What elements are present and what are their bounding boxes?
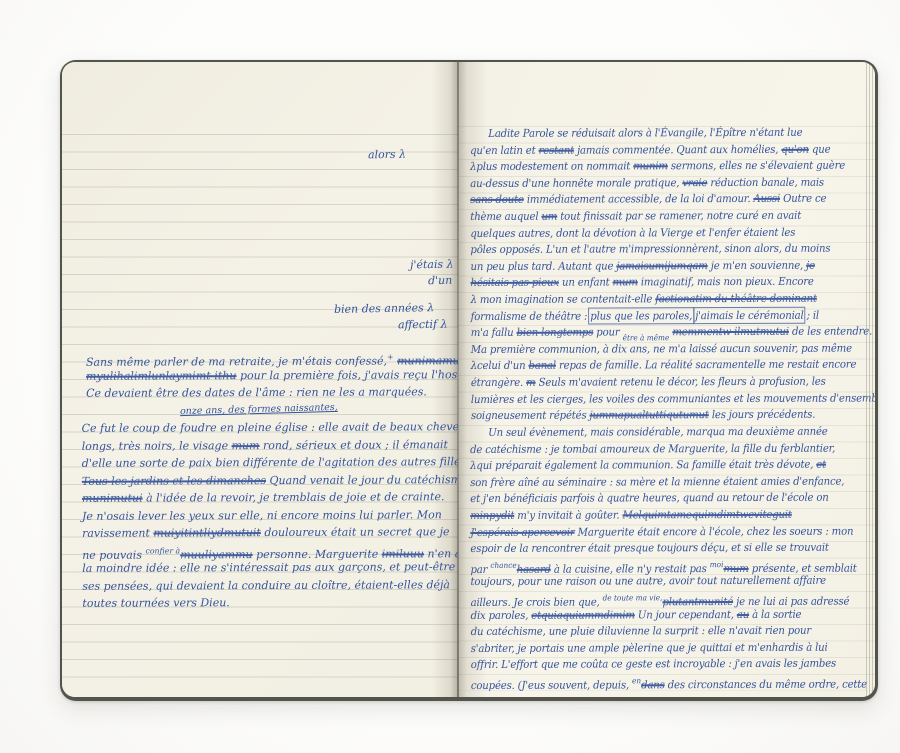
handwriting-strike: dans — [641, 678, 665, 691]
handwriting-strike: muuliyammu — [180, 548, 252, 561]
handwritten-line: s'abriter, je portais une ample pèlerine… — [471, 639, 866, 657]
handwriting-caret: λ — [470, 459, 476, 472]
handwritten-line: étrangère. m Seuls m'avaient retenu le d… — [471, 373, 866, 391]
handwriting-text: un peu plus tard. Autant que — [470, 259, 616, 273]
handwriting-text: Un jour cependant, — [635, 608, 737, 621]
handwriting-text: thème auquel — [470, 210, 541, 223]
handwriting-text: dix paroles, — [471, 608, 532, 621]
handwritten-line: soigneusement répétés jummapualtuttiqutu… — [471, 407, 866, 425]
handwriting-text: Ma première communion, à dix ans, ne m'a… — [471, 341, 852, 355]
handwriting-text: qu'en latin et — [470, 143, 539, 156]
handwriting-text: repas de famille. La réalité sacramentel… — [556, 358, 856, 372]
handwriting-text: ravissement — [82, 527, 153, 540]
handwriting-sup: en — [632, 676, 641, 685]
handwriting-text: espoir de la rencontrer était presque to… — [470, 541, 828, 555]
handwriting-text: rond, sérieux et doux ; il émanait — [259, 438, 447, 452]
handwriting-caret: λ — [471, 293, 477, 306]
handwriting-text: les jours précédents. — [709, 408, 815, 421]
handwriting-strike: etquiaquiummdimim — [531, 608, 635, 621]
handwriting-strike: banal — [528, 359, 555, 372]
handwriting-text: immédiatement accessible, de la loi d'am… — [524, 192, 754, 206]
handwriting-text: tout finissait par se ramener, notre cur… — [557, 209, 801, 223]
handwritten-line: Ce devaient être des dates de l'âme : ri… — [86, 383, 458, 402]
handwriting-text: pour la première fois, j'avais reçu l'ho… — [236, 368, 458, 382]
margin-annotation: j'étais λ — [410, 258, 454, 272]
handwriting-caret: λ — [471, 359, 477, 372]
handwritten-line: myulihalimlunlaymimt-ithu pour la premiè… — [86, 366, 458, 385]
handwriting-text: offrir. L'effort que me coûta ce geste e… — [471, 657, 836, 671]
handwritten-line: espoir de la rencontrer était presque to… — [470, 540, 865, 558]
handwritten-line: par chancehasard à la cuisine, elle n'y … — [470, 556, 865, 574]
handwriting-text: à l'idée de la revoir, je tremblais de j… — [143, 490, 445, 504]
handwriting-strike: munimamuniitw — [397, 354, 458, 367]
handwriting-strike: mum — [232, 439, 260, 452]
margin-annotation: affectif λ — [398, 318, 448, 332]
handwritten-line: lumières et les cierges, les voiles des … — [471, 390, 866, 408]
handwriting-sup: moi — [710, 560, 724, 569]
handwriting-text: formalisme de théâtre : — [471, 309, 591, 322]
handwriting-strike: um — [541, 210, 557, 223]
handwriting-caret: λ — [470, 160, 476, 173]
handwriting-strike: restant — [539, 143, 575, 156]
handwriting-text: pour — [593, 326, 622, 339]
handwritten-line: J'espérais apercevoir Marguerite était e… — [470, 523, 865, 541]
handwritten-line: qu'en latin et restant jamais commentée.… — [470, 141, 865, 159]
handwritten-line: Ladite Parole se réduisait alors à l'Éva… — [470, 125, 865, 143]
handwriting-text: réduction banale, mais — [707, 175, 824, 188]
handwriting-text: Ce fut le coup de foudre en pleine églis… — [82, 420, 458, 435]
handwriting-text: pôles opposés. L'un et l'autre m'impress… — [470, 242, 830, 256]
handwriting-text: jamais commentée. Quant aux homélies, — [574, 142, 781, 156]
handwriting-text: qui préparait également la communion. Sa… — [476, 458, 816, 472]
handwriting-strike: myulihalimlunlaymimt-ithu — [86, 369, 237, 383]
handwritten-line: λqui préparait également la communion. S… — [470, 457, 865, 475]
left-paragraph-2: Ce fut le coup de foudre en pleine églis… — [82, 418, 458, 612]
handwriting-text: des circonstances du même ordre, cette — [665, 677, 867, 691]
handwritten-line: du catéchisme, une pluie diluvienne la s… — [471, 623, 866, 641]
handwritten-line: ailleurs. Je crois bien que, de toute ma… — [471, 589, 866, 607]
handwritten-line: Sans même parler de ma retraite, je m'ét… — [86, 348, 458, 367]
handwriting-text: sermons, elles ne s'élevaient guère — [668, 159, 845, 173]
handwriting-strike: mum — [723, 562, 748, 575]
handwriting-text: quelques autres, dont la dévotion à la V… — [470, 225, 795, 239]
handwriting-text: celui d'un — [477, 359, 529, 372]
handwriting-box: j'aimais le cérémonial — [695, 308, 803, 321]
handwritten-line: la moindre idée : elle ne s'intéressait … — [82, 558, 458, 577]
handwritten-line: d'elle une sorte de paix bien différente… — [82, 453, 458, 472]
notebook: alors λj'étais λd'unbien des années λaff… — [60, 60, 878, 701]
margin-annotation: onze ans, des formes naissantes, — [180, 402, 338, 417]
notebook-spread: alors λj'étais λd'unbien des années λaff… — [62, 62, 875, 697]
handwritten-line: thème auquel um tout finissait par se ra… — [470, 208, 865, 226]
handwriting-text: lumières et les cierges, les voiles des … — [471, 391, 875, 406]
handwritten-line: longs, très noirs, le visage mum rond, s… — [82, 436, 458, 455]
handwriting-text: m'y invitait à goûter. — [514, 508, 622, 521]
handwriting-text: Ladite Parole se réduisait alors à l'Éva… — [470, 126, 802, 140]
handwriting-text: m'a fallu — [471, 326, 517, 339]
spine-gutter — [457, 62, 459, 697]
handwritten-line: coupées. (J'eus souvent, depuis, endans … — [471, 672, 866, 690]
handwriting-strike: jummapualtuttiqutumut — [590, 408, 709, 421]
handwriting-text: Un seul évènement, mais considérable, ma… — [470, 425, 828, 439]
handwritten-line: formalisme de théâtre : plus que les par… — [471, 307, 866, 325]
handwriting-sup: de toute ma vie, — [603, 593, 663, 602]
handwritten-line: Un seul évènement, mais considérable, ma… — [470, 424, 865, 442]
handwriting-text: Seuls m'avaient retenu le décor, les fle… — [536, 375, 826, 389]
handwriting-sup: confier à — [145, 546, 180, 555]
handwriting-text: son frère aîné au séminaire : sa mère et… — [470, 474, 844, 488]
handwritten-line: Tous les jardins et les dimanches Quand … — [82, 471, 458, 490]
handwriting-text: longs, très noirs, le visage — [82, 439, 232, 453]
handwriting-strike: plutantmunité — [662, 595, 733, 608]
handwriting-box: plus que les paroles, — [590, 309, 692, 322]
handwriting-text: par — [470, 563, 490, 576]
handwriting-text: que — [809, 142, 831, 155]
handwriting-strike: m — [526, 376, 535, 389]
handwriting-text: je m'en souvienne, — [708, 259, 806, 272]
handwritten-line: λplus modestement on nommait munim sermo… — [470, 158, 865, 176]
handwriting-text: Ce devaient être des dates de l'âme : ri… — [86, 385, 427, 399]
handwritten-line: Ma première communion, à dix ans, ne m'a… — [471, 340, 866, 358]
margin-annotation: bien des années λ — [334, 301, 434, 316]
handwritten-line: λ mon imagination se contentait-elle fac… — [471, 290, 866, 308]
handwriting-text: coupées. (J'eus souvent, depuis, — [471, 678, 632, 692]
handwriting-text: s'abriter, je portais une ample pèlerine… — [471, 640, 828, 654]
handwriting-text: étrangère. — [471, 376, 526, 389]
handwriting-strike: hasard — [517, 562, 551, 575]
margin-annotation: d'un — [428, 274, 452, 287]
handwriting-text: à la sortie — [749, 607, 801, 620]
handwriting-strike: factionatim du théâtre dominant — [655, 292, 817, 306]
handwriting-strike: minpydit — [470, 509, 514, 522]
handwriting-strike: vraie — [682, 176, 707, 189]
handwriting-text: de catéchisme : je tombai amoureux de Ma… — [470, 441, 835, 455]
left-paragraph-1: Sans même parler de ma retraite, je m'ét… — [86, 348, 458, 402]
handwritten-line: ravissement muiyitintliydmutuit douloure… — [82, 523, 458, 542]
handwriting-strike: jamaisumijumqam — [616, 259, 707, 272]
handwriting-text: toutes tournées vers Dieu. — [82, 596, 229, 610]
handwriting-text: de les entendre. — [789, 325, 872, 338]
handwriting-text: ses pensées, qui devaient la conduire au… — [82, 578, 450, 593]
handwritten-line: quelques autres, dont la dévotion à la V… — [470, 224, 865, 242]
handwriting-text: la moindre idée : elle ne s'intéressait … — [82, 560, 455, 575]
handwritten-line: toutes tournées vers Dieu. — [82, 593, 458, 612]
handwriting-sup: chance — [490, 561, 516, 570]
handwritten-line: son frère aîné au séminaire : sa mère et… — [470, 473, 865, 491]
handwriting-text: douloureux était un secret que je — [261, 525, 450, 539]
handwriting-text: du catéchisme, une pluie diluvienne la s… — [471, 624, 811, 638]
handwriting-text: au-dessus d'une honnête morale pratique, — [470, 176, 682, 190]
right-paragraph-2: Un seul évènement, mais considérable, ma… — [470, 424, 866, 691]
handwriting-strike: et — [816, 458, 826, 471]
handwriting-strike: Tous les jardins et les dimanches — [82, 474, 266, 488]
handwriting-strike: qu'on — [781, 142, 809, 155]
handwriting-text: d'elle une sorte de paix bien différente… — [82, 455, 458, 470]
handwriting-strike: muiyitintliydmutuit — [153, 526, 261, 539]
handwriting-strike: bien longtemps — [517, 326, 594, 339]
handwriting-text: et j'en bénéficiais parfois à quatre heu… — [470, 491, 828, 505]
handwriting-text: plus modestement on nommait — [476, 160, 633, 174]
right-page: Ladite Parole se réduisait alors à l'Éva… — [458, 62, 875, 697]
handwriting-strike: munimutui — [82, 492, 143, 505]
handwriting-strike: je — [806, 258, 815, 271]
handwriting-text: soigneusement répétés — [471, 409, 590, 422]
handwriting-strike: sans doute — [470, 193, 524, 206]
handwriting-text: Je n'osais lever les yeux sur elle, ni e… — [82, 508, 442, 523]
handwriting-strike: imiluuu — [382, 547, 424, 560]
handwritten-line: un peu plus tard. Autant que jamaisumiju… — [470, 257, 865, 275]
handwritten-line: offrir. L'effort que me coûta ce geste e… — [471, 656, 866, 674]
margin-annotation: alors λ — [368, 148, 406, 162]
handwriting-strike: Melquimtamequimdimtweviteguit — [622, 508, 791, 522]
handwriting-strike: hésitais pas pieux — [470, 276, 558, 289]
handwriting-strike: munim — [633, 159, 668, 172]
handwriting-strike: J'espérais apercevoir — [470, 525, 574, 538]
handwriting-text: Outre ce — [780, 192, 826, 205]
handwritten-line: sans doute immédiatement accessible, de … — [470, 191, 865, 209]
handwritten-line: ses pensées, qui devaient la conduire au… — [82, 576, 458, 595]
handwriting-text: imaginatif, mais non pieux. Encore — [638, 275, 814, 289]
handwritten-line: Ce fut le coup de foudre en pleine églis… — [82, 418, 458, 437]
handwritten-line: pôles opposés. L'un et l'autre m'impress… — [470, 241, 865, 259]
handwriting-strike: memmentw ilmutmutui — [672, 325, 789, 338]
handwritten-line: dix paroles, etquiaquiummdimim Un jour c… — [471, 606, 866, 624]
handwriting-text: Marguerite était encore à l'école, chez … — [575, 524, 854, 538]
handwriting-text: mon imagination se contentait-elle — [477, 292, 655, 306]
left-page: alors λj'étais λd'unbien des années λaff… — [62, 62, 458, 697]
handwritten-line: minpydit m'y invitait à goûter. Melquimt… — [470, 507, 865, 525]
handwriting-text: toujours, pour une raison ou une autre, … — [470, 574, 825, 588]
handwriting-text: un enfant — [559, 276, 613, 289]
handwritten-line: ne pouvais confier àmuuliyammu personne.… — [82, 541, 458, 560]
handwritten-line: de catéchisme : je tombai amoureux de Ma… — [470, 440, 865, 458]
handwritten-line: Je n'osais lever les yeux sur elle, ni e… — [82, 506, 458, 525]
handwriting-text: ; il — [804, 308, 819, 321]
right-paragraph-1: Ladite Parole se réduisait alors à l'Éva… — [470, 125, 866, 425]
handwriting-text: Quand venait le jour du catéchisme, — [266, 473, 458, 487]
handwriting-strike: au — [737, 607, 749, 620]
handwritten-line: et j'en bénéficiais parfois à quatre heu… — [470, 490, 865, 508]
handwritten-line: hésitais pas pieux un enfant mum imagina… — [470, 274, 865, 292]
handwritten-line: au-dessus d'une honnête morale pratique,… — [470, 174, 865, 192]
handwriting-strike: Aussi — [753, 192, 780, 205]
handwritten-line: m'a fallu bien longtemps pour être à mêm… — [471, 324, 866, 342]
handwritten-line: munimutui à l'idée de la revoir, je trem… — [82, 488, 458, 507]
handwritten-line: λcelui d'un banal repas de famille. La r… — [471, 357, 866, 375]
handwriting-strike: mum — [613, 276, 638, 289]
